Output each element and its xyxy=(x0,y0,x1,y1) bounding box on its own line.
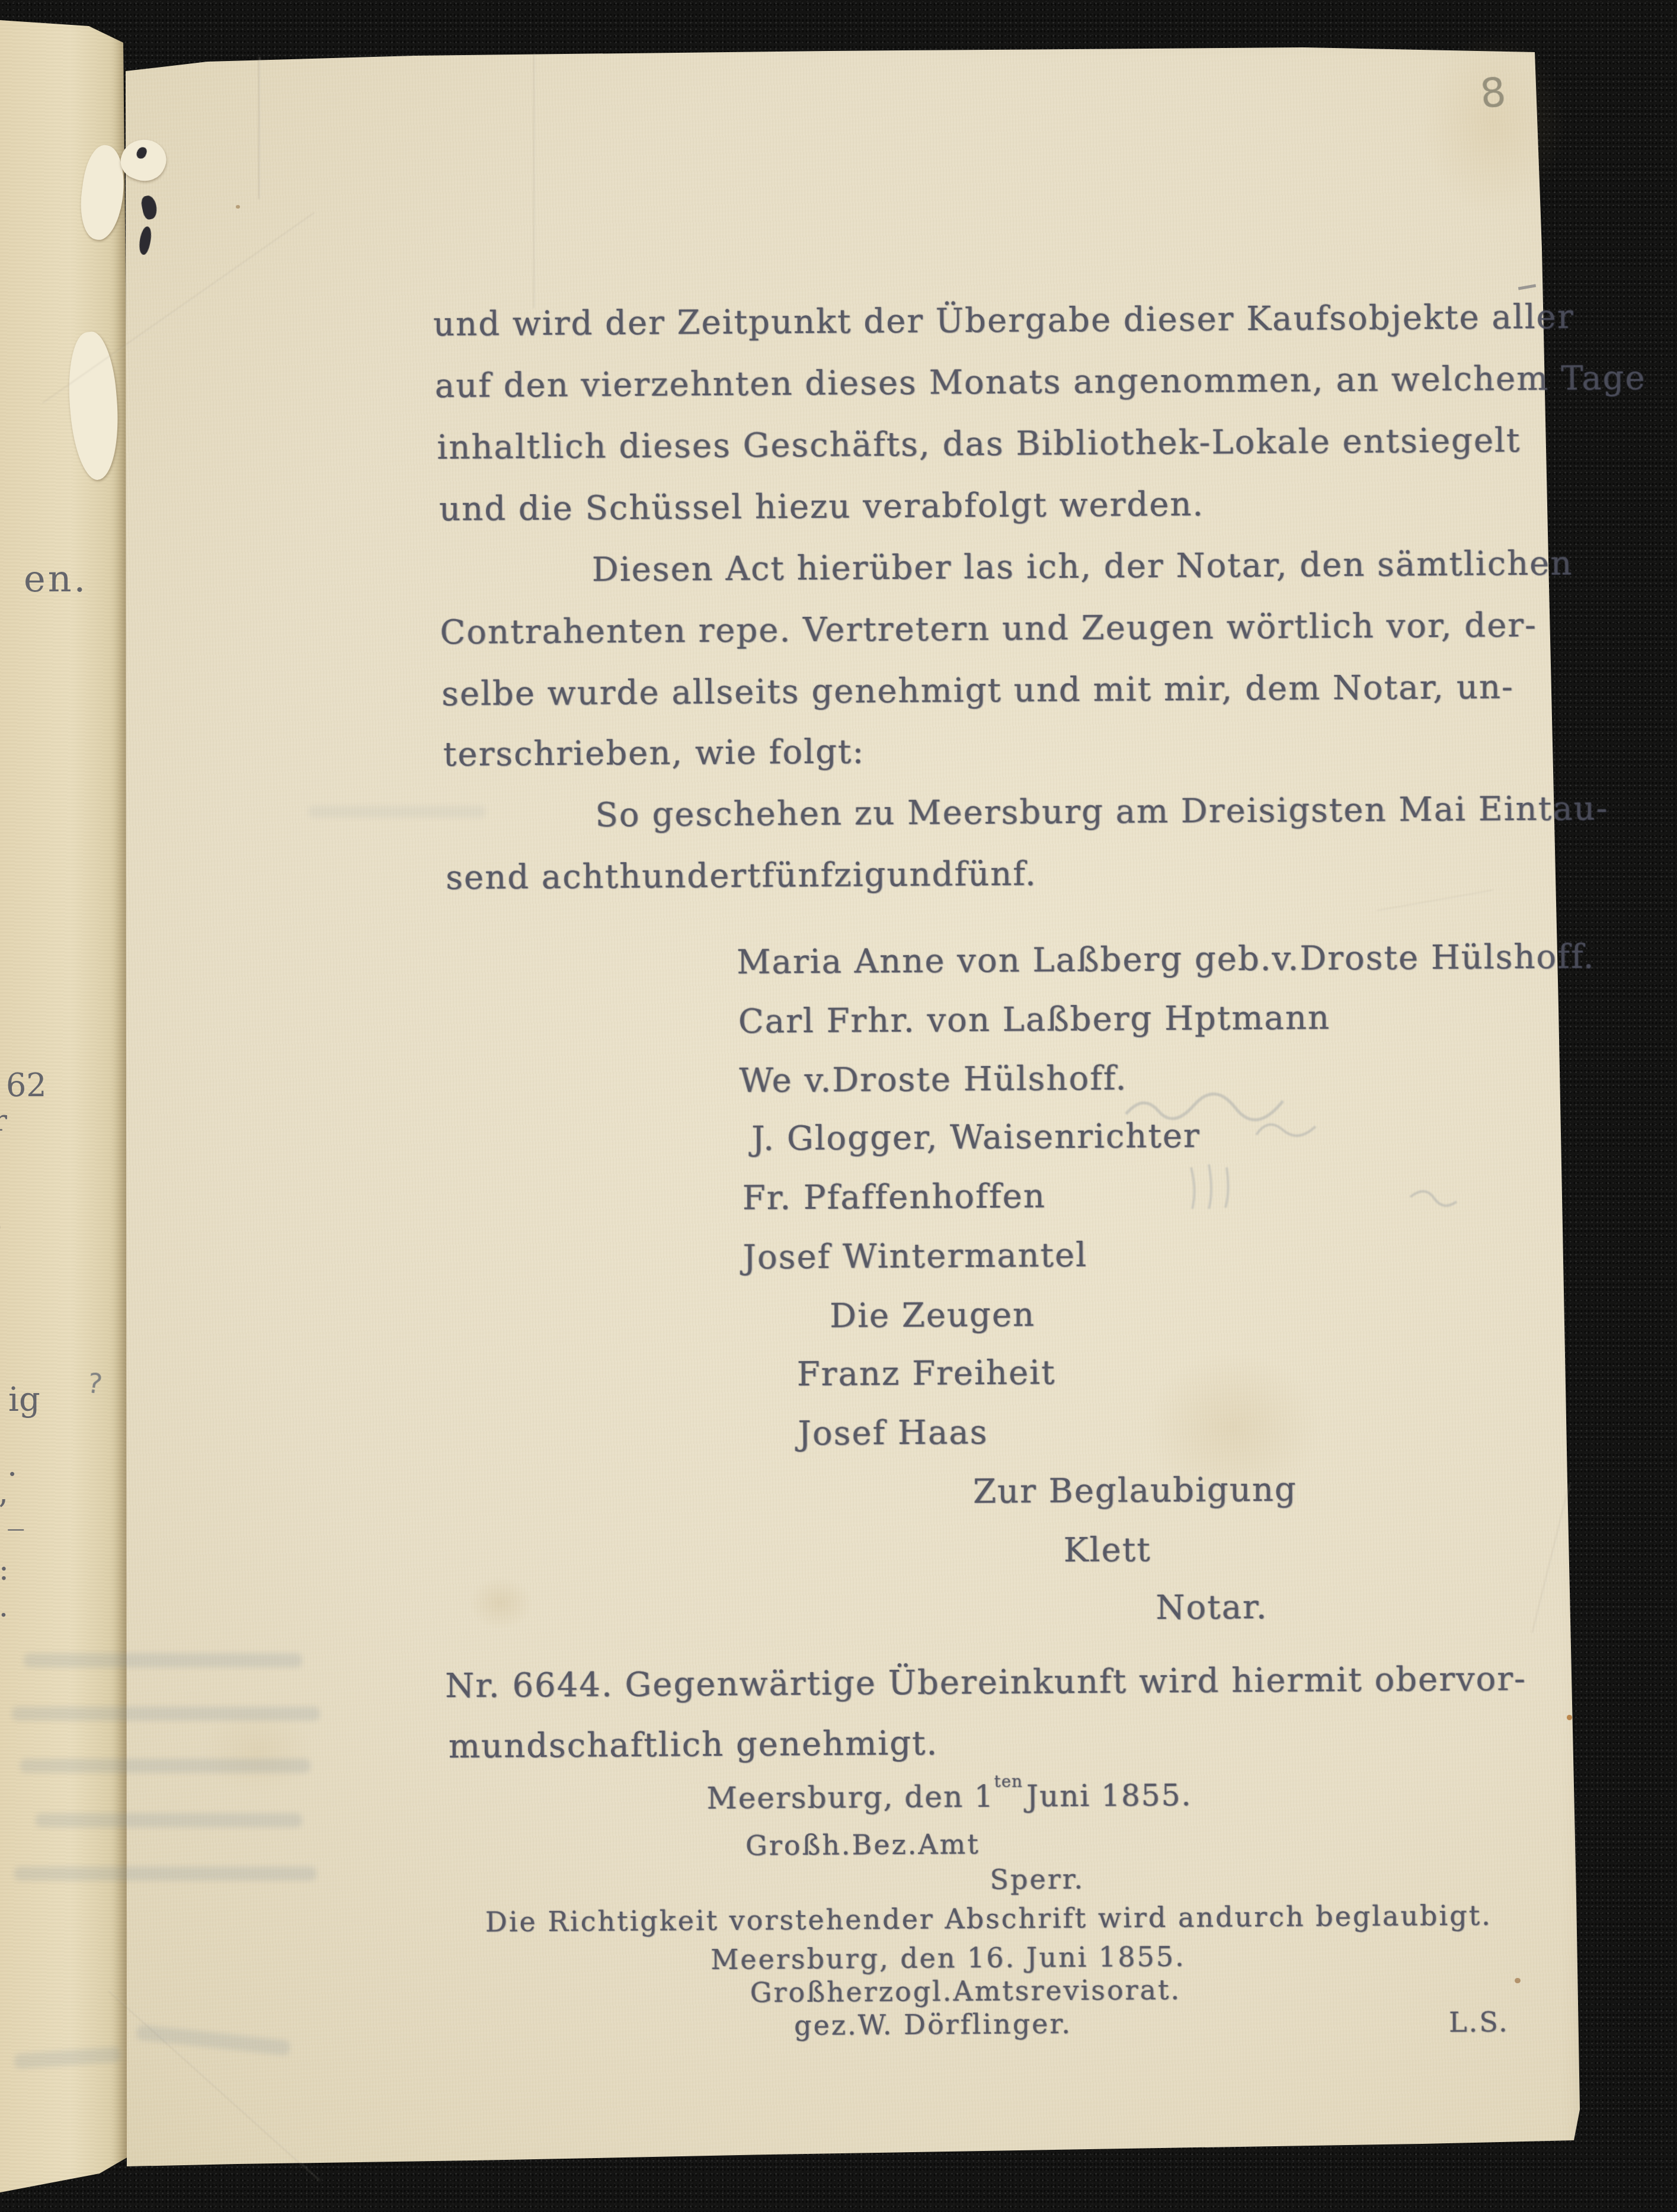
signature-line: Klett xyxy=(1064,1531,1151,1570)
signature-line: Die Zeugen xyxy=(830,1296,1035,1336)
text-line: selbe wurde allseits genehmigt und mit m… xyxy=(441,668,1514,713)
signature-line: Maria Anne von Laßberg geb.v.Droste Hüls… xyxy=(737,938,1595,982)
text-line: Contrahenten repe. Vertretern und Zeugen… xyxy=(440,607,1537,652)
date-pre: Meersburg, den 1 xyxy=(706,1779,994,1816)
closing-line: Die Richtigkeit vorstehender Abschrift w… xyxy=(485,1900,1492,1938)
text-line: auf den vierzehnten dieses Monats angeno… xyxy=(435,360,1646,406)
text-line: Nr. 6644. Gegenwärtige Übereinkunft wird… xyxy=(445,1660,1526,1705)
signature-line: We v.Droste Hülshoff. xyxy=(739,1059,1127,1100)
closing-line: Großh.Bez.Amt xyxy=(745,1829,980,1862)
date-line: Meersburg, den 1tenJuni 1855. xyxy=(706,1779,1192,1816)
signature-line: J. Glogger, Waisenrichter xyxy=(751,1118,1201,1158)
text-line: Diesen Act hierüber las ich, der Notar, … xyxy=(592,545,1573,589)
text-line: send achthundertfünfzigundfünf. xyxy=(446,855,1037,897)
text-line: terschrieben, wie folgt: xyxy=(443,733,865,774)
text-line: und die Schüssel hiezu verabfolgt werden… xyxy=(439,486,1205,529)
text-line: mundschaftlich genehmigt. xyxy=(449,1725,939,1766)
scan-background: en. 62 r ) ig ? . ’_ : . 8 xyxy=(0,0,1677,2212)
signature-line: Carl Frhr. von Laßberg Hptmann xyxy=(738,999,1330,1041)
signature-line: Josef Haas xyxy=(798,1414,988,1454)
signature-line: Notar. xyxy=(1156,1589,1268,1628)
date-superscript: ten xyxy=(994,1772,1023,1791)
closing-line: Sperr. xyxy=(990,1864,1084,1896)
signature-line: Zur Beglaubigung xyxy=(973,1471,1297,1512)
signature-line: Fr. Pfaffenhoffen xyxy=(743,1177,1046,1218)
date-post: Juni 1855. xyxy=(1026,1778,1192,1814)
closing-line: Meersburg, den 16. Juni 1855. xyxy=(711,1941,1186,1976)
signature-line: Josef Wintermantel xyxy=(743,1237,1087,1277)
typewritten-text: und wird der Zeitpunkt der Übergabe dies… xyxy=(0,0,1677,2212)
closing-line: gez.W. Dörflinger. xyxy=(794,2008,1072,2041)
text-line: inhaltlich dieses Geschäfts, das Bibliot… xyxy=(437,422,1521,468)
closing-line: Großherzogl.Amtsrevisorat. xyxy=(750,1974,1182,2009)
text-line: und wird der Zeitpunkt der Übergabe dies… xyxy=(433,298,1574,344)
text-line: So geschehen zu Meersburg am Dreisigsten… xyxy=(595,790,1608,835)
signature-line: Franz Freiheit xyxy=(797,1354,1056,1394)
seal-mark: L.S. xyxy=(1449,2006,1509,2038)
